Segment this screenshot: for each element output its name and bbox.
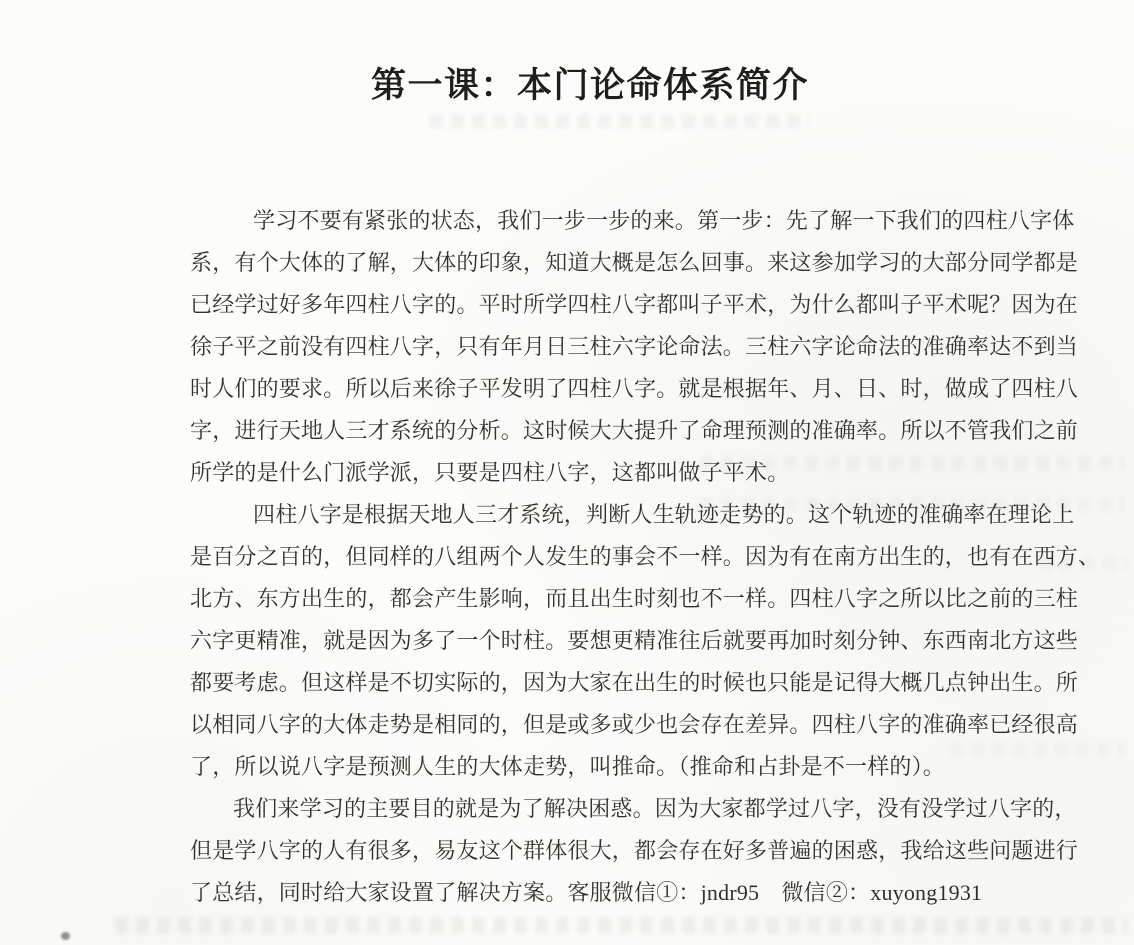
ink-speck: [61, 932, 70, 940]
scanned-document-page: 第一课：本门论命体系简介 学习不要有紧张的状态，我们一步一步的来。第一步：先了解…: [0, 0, 1134, 945]
paragraph-accuracy-tuiming: 四柱八字是根据天地人三才系统，判断人生轨迹走势的。这个轨迹的准确率在理论上 是百…: [190, 494, 1120, 788]
document-body: 学习不要有紧张的状态，我们一步一步的来。第一步：先了解一下我们的四柱八字体 系，…: [190, 200, 1120, 914]
paragraph-intro-zipingshu: 学习不要有紧张的状态，我们一步一步的来。第一步：先了解一下我们的四柱八字体 系，…: [190, 200, 1120, 494]
document-title: 第一课：本门论命体系简介: [371, 58, 809, 108]
bleed-through-artifact: [115, 917, 1127, 934]
paragraph-purpose-contact: 我们来学习的主要目的就是为了解决困惑。因为大家都学过八字，没有没学过八字的， 但…: [190, 788, 1120, 914]
bleed-through-artifact: [430, 114, 810, 129]
